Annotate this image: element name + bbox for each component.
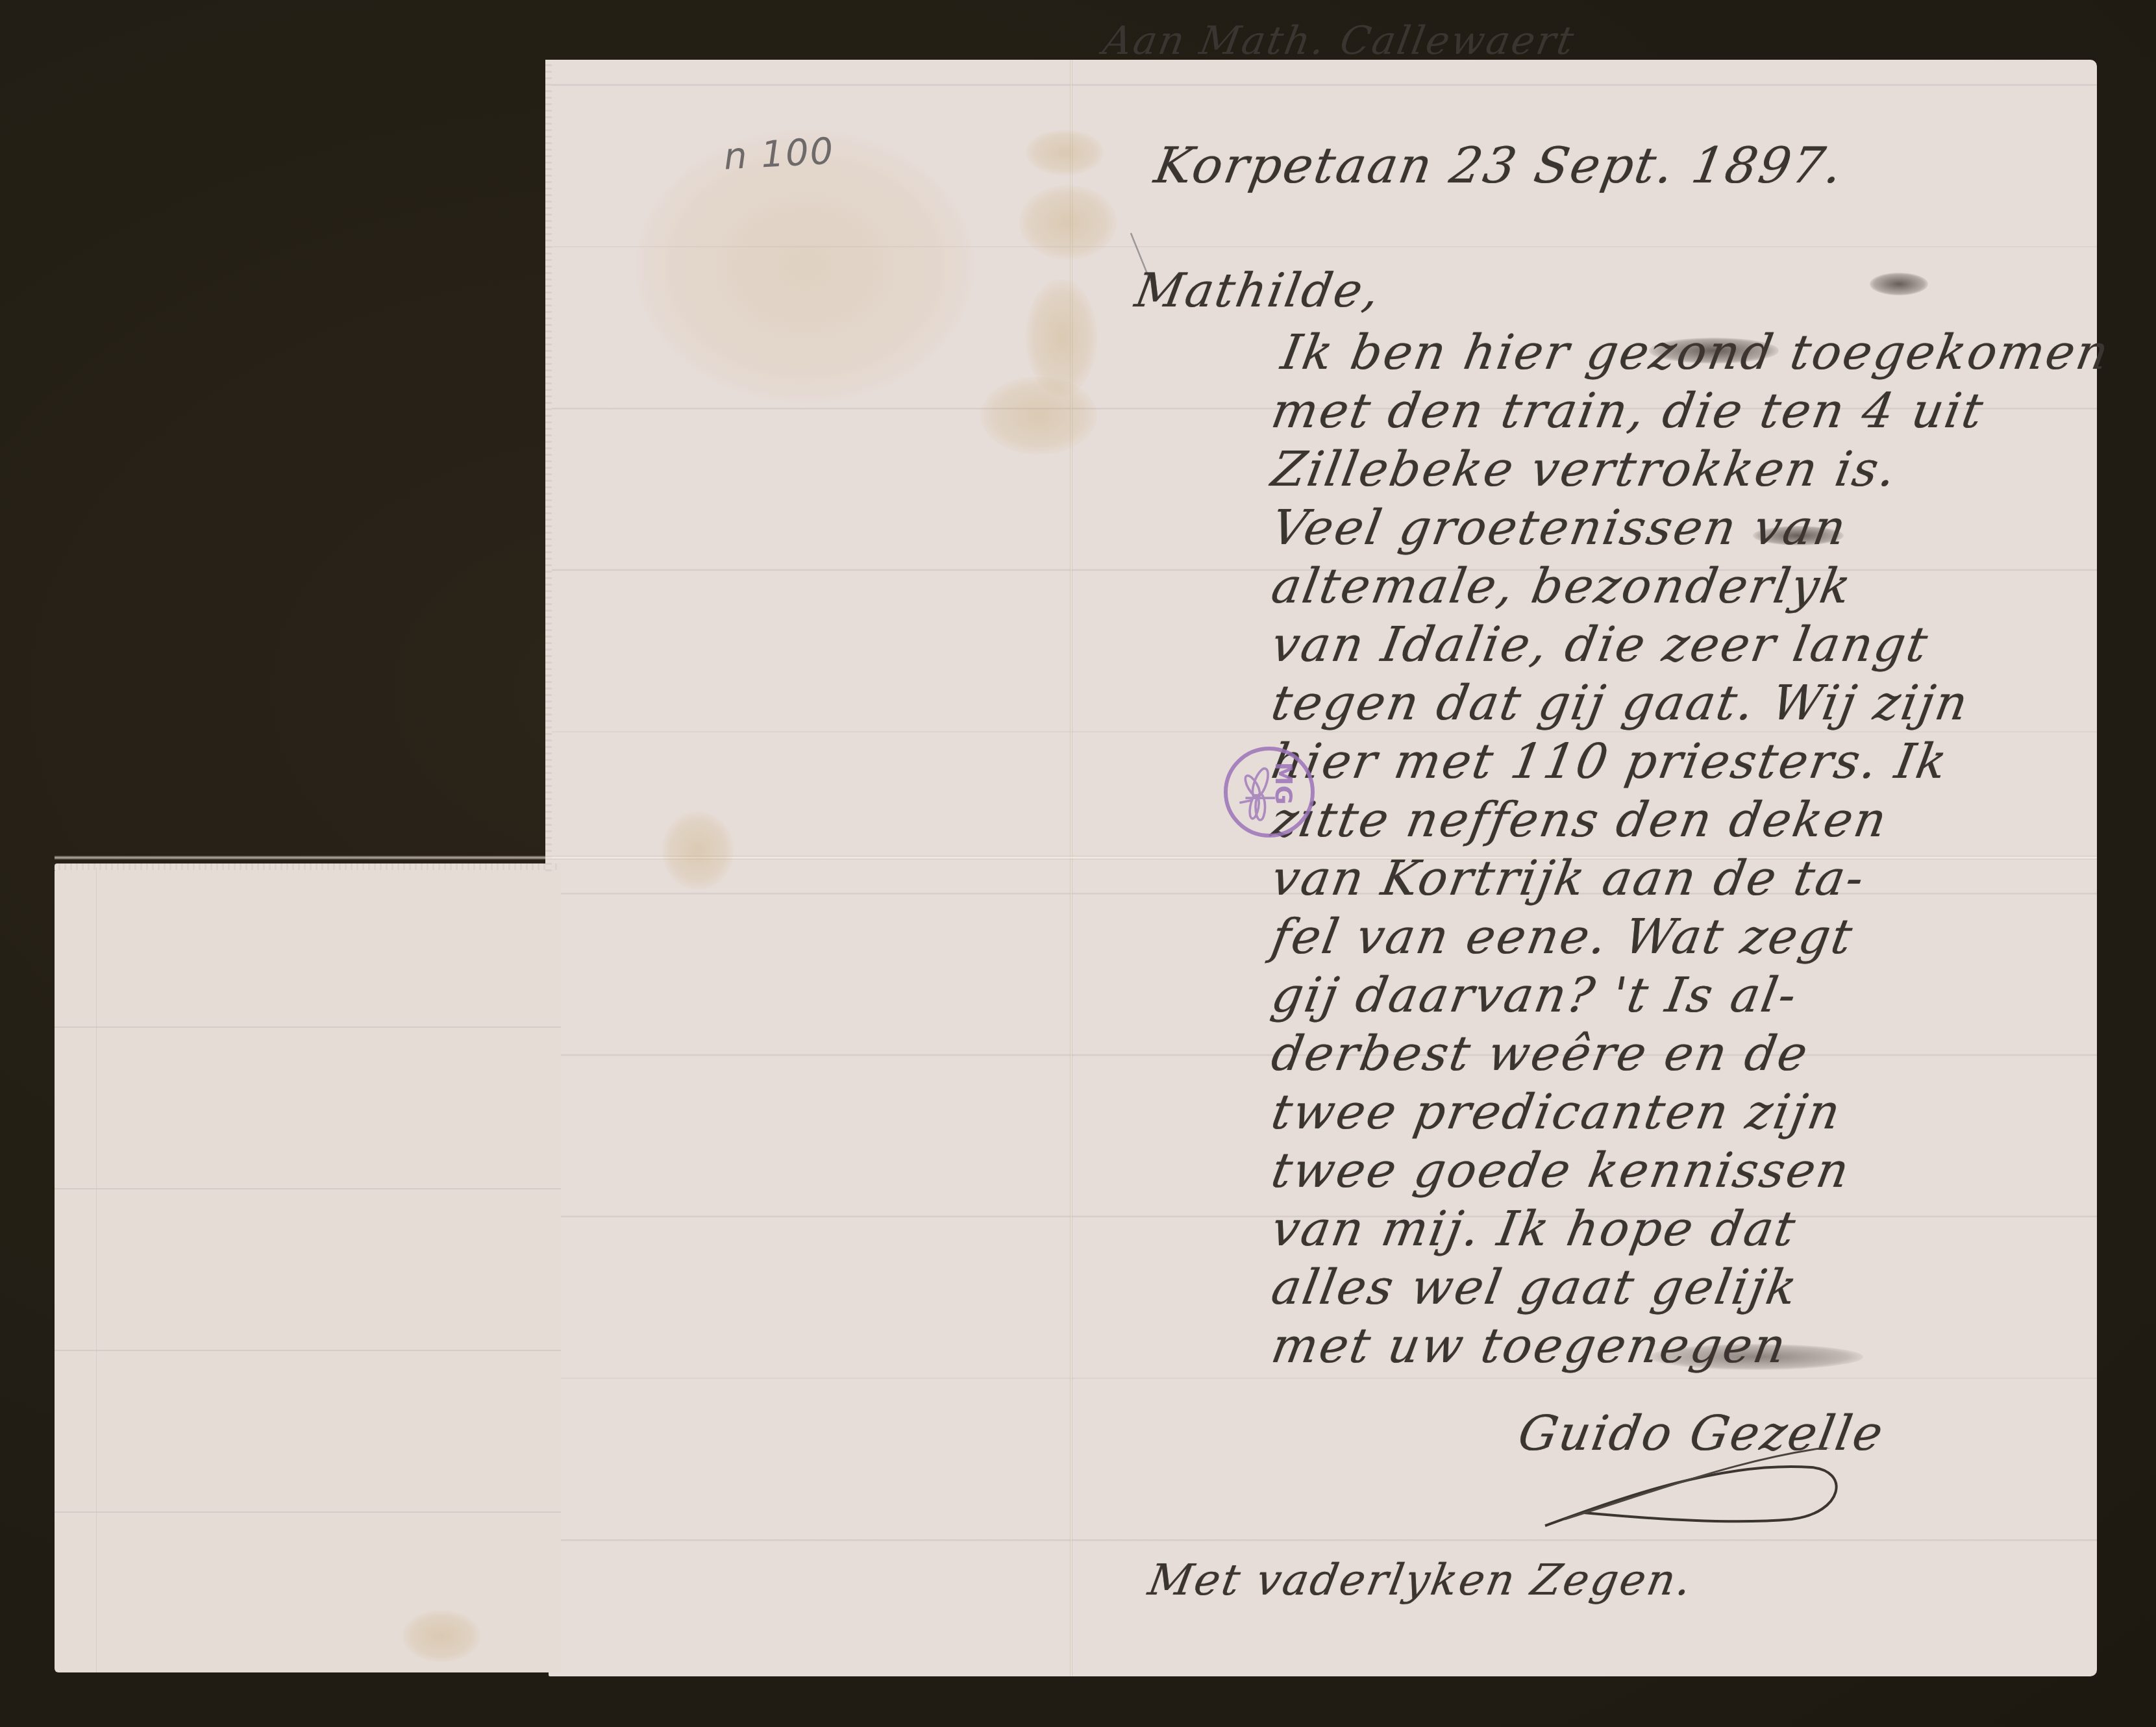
recipient-line: Aan Math. Callewaert [1100,18,1579,64]
letter-line: Zillebeke vertrokken is. [1267,441,1902,497]
letter-line: met den train, die ten 4 uit [1267,383,1989,439]
letter-line: gij daarvan? 't Is al- [1267,967,1802,1023]
ink-blot [1870,273,1928,295]
letter-line: van mij. Ik hope dat [1267,1201,1801,1257]
water-stain [403,1610,480,1662]
torn-edge [55,863,561,870]
letter-line: fel van eene. Wat zegt [1267,909,1858,965]
letter-line: altemale, bezonderlyk [1267,558,1856,614]
postscript-blessing: Met vaderlyken Zegen. [1145,1555,1697,1605]
letter-line: twee goede kennissen [1267,1143,1855,1199]
salutation: Mathilde, [1132,263,1385,317]
letter-line: van Idalie, die zeer langt [1267,617,1933,673]
archive-stamp: MG [1224,747,1315,838]
archive-reference-number: n 100 [723,130,835,179]
letter-sheet-lower-left [55,867,561,1672]
stamp-label: MG [1270,762,1296,804]
letter-line: tegen dat gij gaat. Wij zijn [1267,675,1974,731]
torn-edge-left [545,60,552,871]
letter-line: alles wel gaat gelijk [1267,1260,1802,1315]
letter-line: zitte neffens den deken [1267,792,1892,848]
letter-line: Veel groetenissen van [1267,500,1852,556]
water-stain [1026,130,1104,175]
letter-line: van Kortrijk aan de ta- [1267,851,1870,906]
signature-flourish [1539,1448,1863,1532]
letter-line: derbest weêre en de [1267,1026,1813,1082]
ink-blot [1649,1344,1863,1370]
letter-line: hier met 110 priesters. Ik [1267,734,1952,789]
water-stain [662,812,734,889]
margin-line [96,867,97,1672]
place-date-line: Korpetaan 23 Sept. 1897. [1150,136,1848,194]
ink-blot [1753,526,1844,545]
water-stain [980,377,1097,454]
insect-emblem-icon [1228,751,1311,834]
letter-line: twee predicanten zijn [1267,1084,1846,1140]
ink-blot [1649,338,1779,364]
water-stain [1019,185,1117,260]
